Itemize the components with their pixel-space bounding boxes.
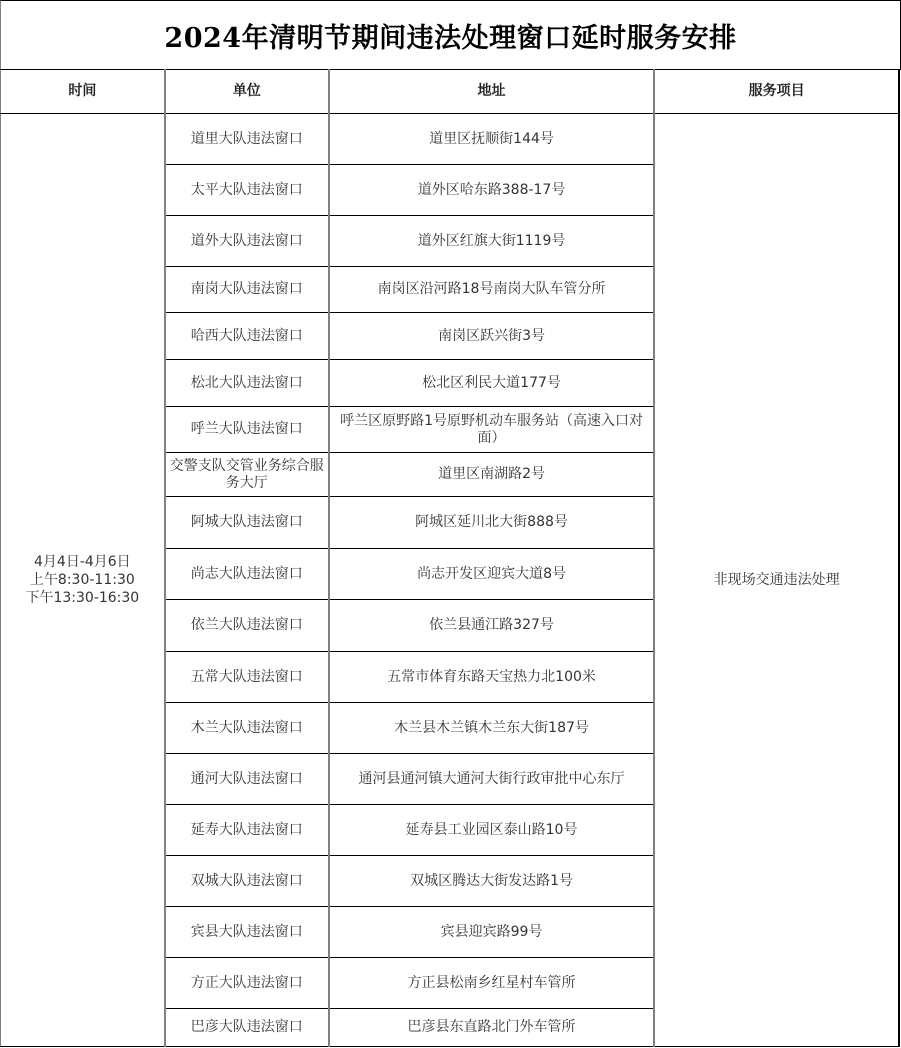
address-cell: 尚志开发区迎宾大道8号 bbox=[329, 549, 654, 600]
unit-cell: 方正大队违法窗口 bbox=[165, 958, 329, 1009]
unit-cell: 道外大队违法窗口 bbox=[165, 216, 329, 267]
page-title: 2024年清明节期间违法处理窗口延时服务安排 bbox=[164, 16, 736, 55]
unit-cell: 南岗大队违法窗口 bbox=[165, 267, 329, 313]
address-cell: 巴彦县东直路北门外车管所 bbox=[329, 1009, 654, 1047]
time-line1: 4月4日-4月6日 bbox=[3, 553, 162, 571]
address-cell: 双城区腾达大街发达路1号 bbox=[329, 856, 654, 907]
address-cell: 南岗区沿河路18号南岗大队车管分所 bbox=[329, 267, 654, 313]
schedule-table: 时间 单位 地址 服务项目 4月4日-4月6日上午8:30-11:30下午13:… bbox=[0, 69, 900, 1047]
address-cell: 松北区利民大道177号 bbox=[329, 360, 654, 407]
address-cell: 呼兰区原野路1号原野机动车服务站（高速入口对面） bbox=[329, 407, 654, 453]
header-service: 服务项目 bbox=[654, 70, 899, 114]
unit-cell: 阿城大队违法窗口 bbox=[165, 497, 329, 549]
unit-cell: 尚志大队违法窗口 bbox=[165, 549, 329, 600]
time-line3: 下午13:30-16:30 bbox=[3, 589, 162, 607]
address-cell: 依兰县通江路327号 bbox=[329, 600, 654, 652]
address-cell: 南岗区跃兴街3号 bbox=[329, 313, 654, 360]
unit-cell: 五常大队违法窗口 bbox=[165, 652, 329, 703]
header-unit: 单位 bbox=[165, 70, 329, 114]
address-cell: 木兰县木兰镇木兰东大街187号 bbox=[329, 703, 654, 754]
address-cell: 宾县迎宾路99号 bbox=[329, 907, 654, 958]
unit-cell: 宾县大队违法窗口 bbox=[165, 907, 329, 958]
service-cell: 非现场交通违法处理 bbox=[654, 114, 899, 1047]
table-body: 4月4日-4月6日上午8:30-11:30下午13:30-16:30道里大队违法… bbox=[1, 114, 900, 1047]
address-cell: 道外区红旗大街1119号 bbox=[329, 216, 654, 267]
header-time: 时间 bbox=[1, 70, 165, 114]
unit-cell: 巴彦大队违法窗口 bbox=[165, 1009, 329, 1047]
address-cell: 道外区哈东路388-17号 bbox=[329, 165, 654, 216]
unit-cell: 呼兰大队违法窗口 bbox=[165, 407, 329, 453]
header-address: 地址 bbox=[329, 70, 654, 114]
unit-cell: 通河大队违法窗口 bbox=[165, 754, 329, 805]
address-cell: 通河县通河镇大通河大街行政审批中心东厅 bbox=[329, 754, 654, 805]
address-cell: 延寿县工业园区泰山路10号 bbox=[329, 805, 654, 856]
time-cell: 4月4日-4月6日上午8:30-11:30下午13:30-16:30 bbox=[1, 114, 165, 1047]
unit-cell: 太平大队违法窗口 bbox=[165, 165, 329, 216]
unit-cell: 依兰大队违法窗口 bbox=[165, 600, 329, 652]
unit-cell: 哈西大队违法窗口 bbox=[165, 313, 329, 360]
address-cell: 方正县松南乡红星村车管所 bbox=[329, 958, 654, 1009]
address-cell: 阿城区延川北大街888号 bbox=[329, 497, 654, 549]
address-cell: 五常市体育东路天宝热力北100米 bbox=[329, 652, 654, 703]
unit-cell: 交警支队交管业务综合服务大厅 bbox=[165, 453, 329, 497]
header-row: 时间 单位 地址 服务项目 bbox=[1, 70, 900, 114]
address-cell: 道里区南湖路2号 bbox=[329, 453, 654, 497]
unit-cell: 木兰大队违法窗口 bbox=[165, 703, 329, 754]
unit-cell: 松北大队违法窗口 bbox=[165, 360, 329, 407]
time-line2: 上午8:30-11:30 bbox=[3, 571, 162, 589]
unit-cell: 延寿大队违法窗口 bbox=[165, 805, 329, 856]
table-row: 4月4日-4月6日上午8:30-11:30下午13:30-16:30道里大队违法… bbox=[1, 114, 900, 165]
unit-cell: 双城大队违法窗口 bbox=[165, 856, 329, 907]
unit-cell: 道里大队违法窗口 bbox=[165, 114, 329, 165]
address-cell: 道里区抚顺街144号 bbox=[329, 114, 654, 165]
title-banner: 2024年清明节期间违法处理窗口延时服务安排 bbox=[0, 0, 901, 70]
